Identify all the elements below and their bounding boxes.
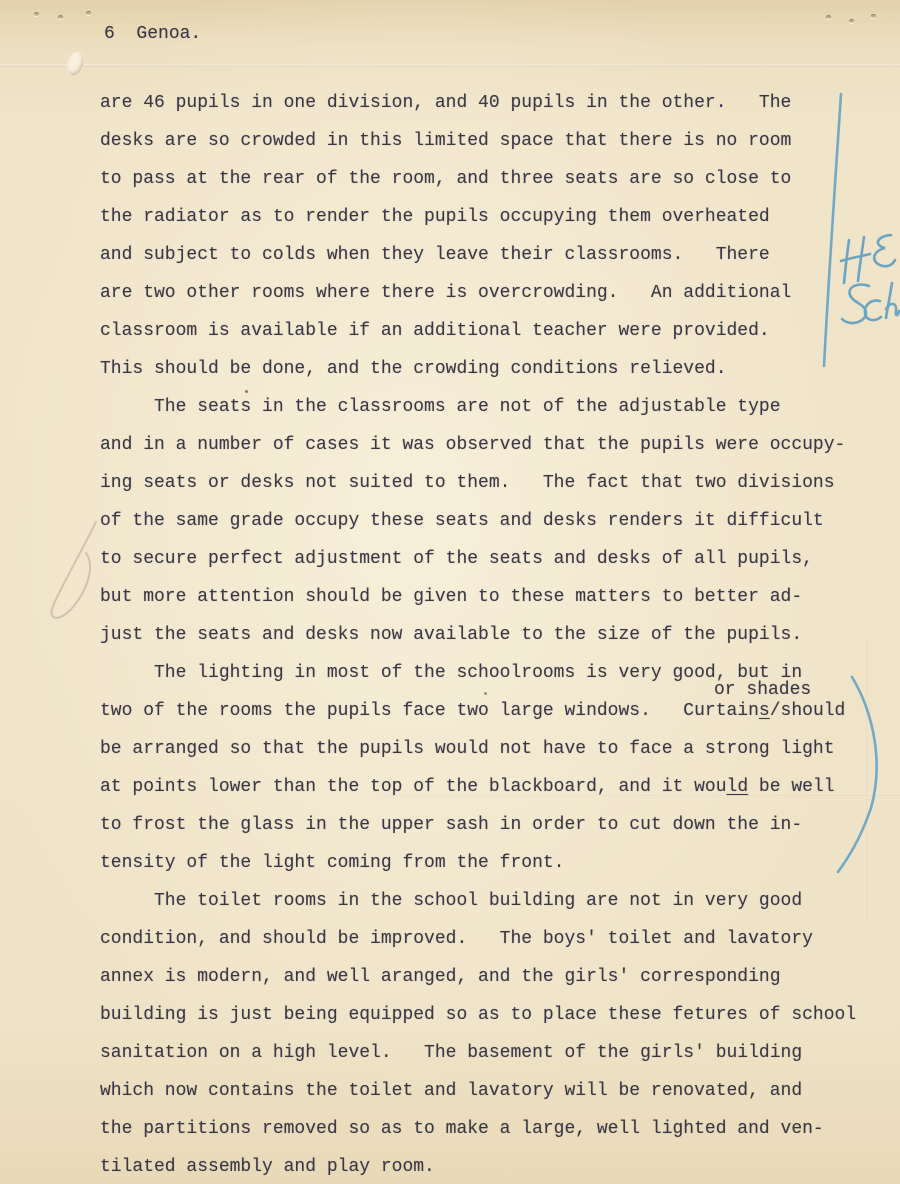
typed-text: to pass at the rear of the room, and thr… [100,169,791,189]
text-line: This should be done, and the crowding co… [100,350,890,388]
text-line: to secure perfect adjustment of the seat… [100,540,890,578]
typed-text: classroom is available if an additional … [100,321,770,341]
text-line: the partitions removed so as to make a l… [100,1110,890,1148]
text-line: condition, and should be improved. The b… [100,920,890,958]
typed-text: of the same grade occupy these seats and… [100,511,824,531]
text-line: sanitation on a high level. The basement… [100,1034,890,1072]
typed-text: tilated assembly and play room. [100,1157,435,1177]
pin-mark [86,11,91,15]
document-page: 6 Genoa. are 46 pupils in one division, … [0,0,900,1184]
text-line: annex is modern, and well aranged, and t… [100,958,890,996]
interline-insertion: or shades [714,680,811,700]
typed-text: This should be done, and the crowding co… [100,359,727,379]
pin-mark [871,14,876,18]
text-line: the radiator as to render the pupils occ… [100,198,890,236]
typed-text: The toilet rooms in the school building … [100,891,802,911]
typed-text: to frost the glass in the upper sash in … [100,815,802,835]
typed-text: The seats in the classrooms are not of t… [100,397,781,417]
underlined-text: s [759,701,770,721]
text-line: to frost the glass in the upper sash in … [100,806,890,844]
typed-text: desks are so crowded in this limited spa… [100,131,791,151]
typed-text: to secure perfect adjustment of the seat… [100,549,813,569]
text-line: be arranged so that the pupils would not… [100,730,890,768]
pencil-squiggle [52,522,96,618]
typed-text: /should [770,701,846,721]
typed-text: the radiator as to render the pupils occ… [100,207,770,227]
text-line: at points lower than the top of the blac… [100,768,890,806]
typed-text: sanitation on a high level. The basement… [100,1043,802,1063]
typed-text: which now contains the toilet and lavato… [100,1081,802,1101]
pin-mark [58,15,63,19]
text-line: desks are so crowded in this limited spa… [100,122,890,160]
text-line: of the same grade occupy these seats and… [100,502,890,540]
text-line: building is just being equipped so as to… [100,996,890,1034]
typed-text: be well [748,777,834,797]
text-line: are two other rooms where there is overc… [100,274,890,312]
text-line: which now contains the toilet and lavato… [100,1072,890,1110]
typed-text: condition, and should be improved. The b… [100,929,813,949]
typed-text: ing seats or desks not suited to them. T… [100,473,835,493]
text-line: and subject to colds when they leave the… [100,236,890,274]
text-line: The toilet rooms in the school building … [100,882,890,920]
typed-text: building is just being equipped so as to… [100,1005,856,1025]
typed-text: annex is modern, and well aranged, and t… [100,967,781,987]
text-line: tilated assembly and play room. [100,1148,890,1184]
typed-text: be arranged so that the pupils would not… [100,739,835,759]
page-title: Genoa. [136,24,201,44]
typed-text: are 46 pupils in one division, and 40 pu… [100,93,791,113]
typed-text: but more attention should be given to th… [100,587,802,607]
document-lines: are 46 pupils in one division, and 40 pu… [100,84,890,1184]
text-line: tensity of the light coming from the fro… [100,844,890,882]
paper-nick [65,51,85,78]
text-line: The seats in the classrooms are not of t… [100,388,890,426]
text-line: ing seats or desks not suited to them. T… [100,464,890,502]
typed-text: at points lower than the top of the blac… [100,777,727,797]
underlined-text: ld [727,777,749,797]
page-number: 6 [104,24,115,44]
typed-text: and in a number of cases it was observed… [100,435,845,455]
text-line: and in a number of cases it was observed… [100,426,890,464]
pin-mark [849,19,854,23]
typed-text: The lighting in most of the schoolrooms … [100,663,802,683]
text-line: to pass at the rear of the room, and thr… [100,160,890,198]
typed-text: just the seats and desks now available t… [100,625,802,645]
text-line: are 46 pupils in one division, and 40 pu… [100,84,890,122]
page-header: 6 Genoa. [104,24,201,44]
typed-text: two of the rooms the pupils face two lar… [100,701,759,721]
fold-crease-top [0,64,900,67]
pin-mark [826,15,831,19]
typed-text: tensity of the light coming from the fro… [100,853,564,873]
text-line: just the seats and desks now available t… [100,616,890,654]
typed-text: and subject to colds when they leave the… [100,245,770,265]
text-line: but more attention should be given to th… [100,578,890,616]
header-spacer [115,24,137,44]
text-line: classroom is available if an additional … [100,312,890,350]
typed-text: the partitions removed so as to make a l… [100,1119,824,1139]
pin-mark [34,12,39,16]
typed-text: are two other rooms where there is overc… [100,283,791,303]
